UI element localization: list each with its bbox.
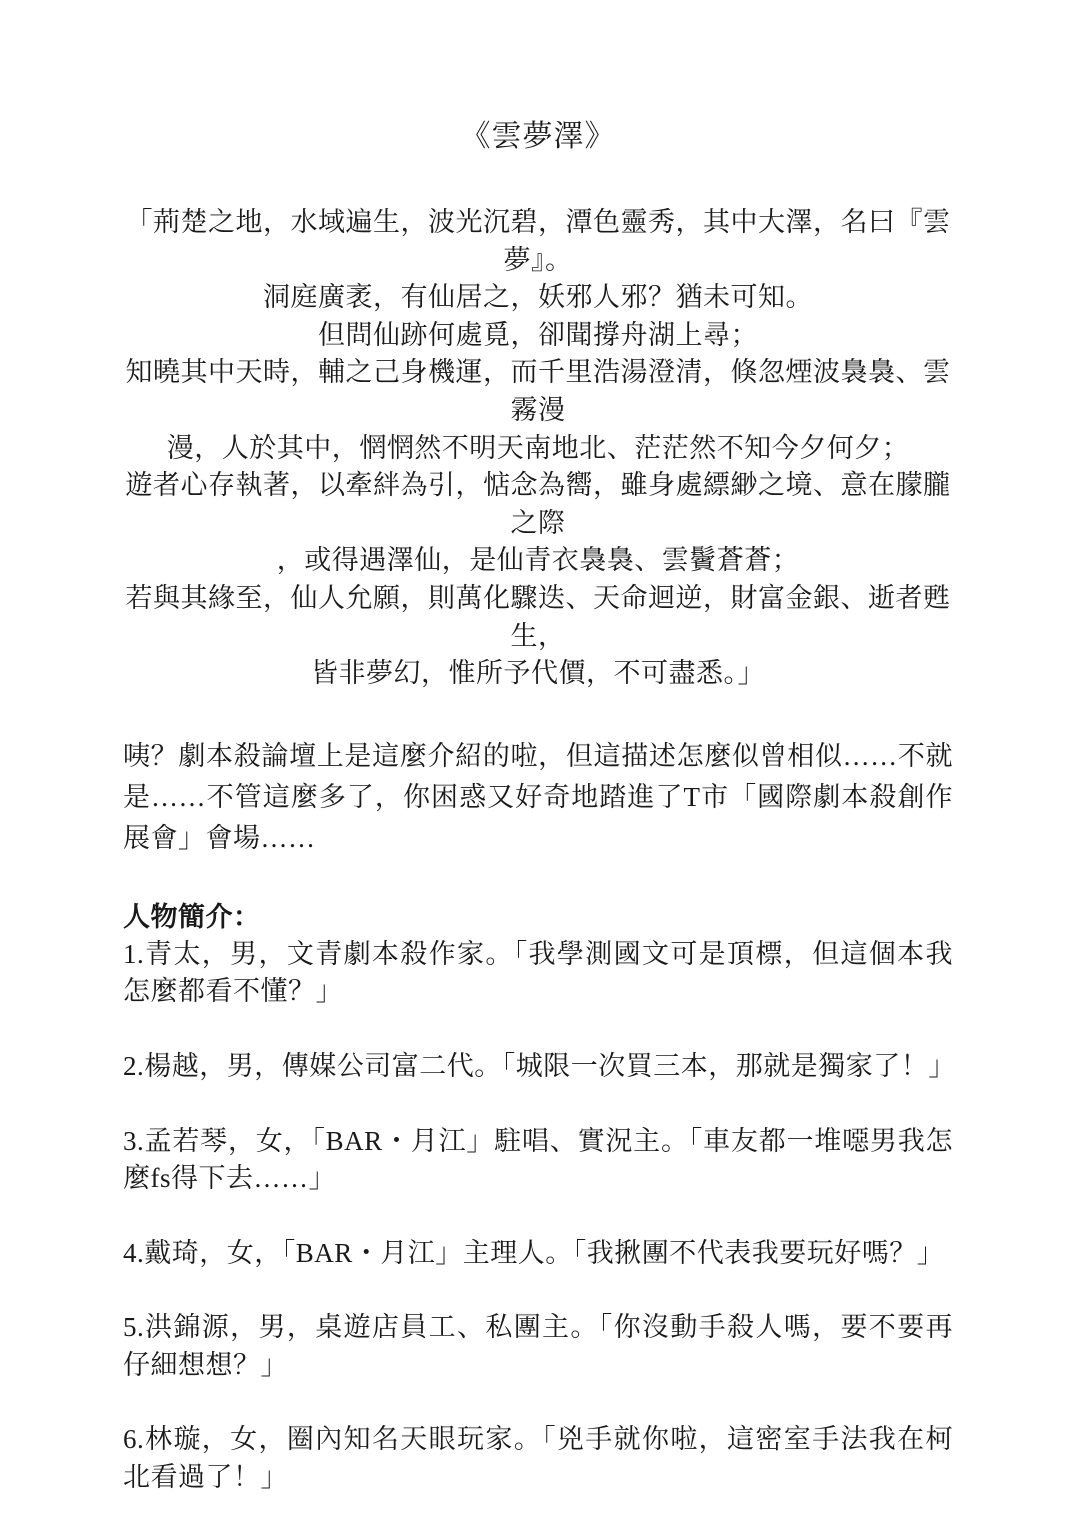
- character-item: 4.戴琦，女，「BAR・月江」主理人。「我揪團不代表我要玩好嗎？」: [123, 1235, 953, 1273]
- poem-line: 「荊楚之地，水域遍生，波光沉碧，潭色靈秀，其中大澤，名曰『雲: [123, 204, 953, 242]
- document-page: 《雲夢澤》 「荊楚之地，水域遍生，波光沉碧，潭色靈秀，其中大澤，名曰『雲 夢』。…: [0, 0, 1075, 1522]
- character-item: 1.青太，男，文青劇本殺作家。「我學測國文可是頂標，但這個本我怎麼都看不懂？」: [123, 936, 953, 1011]
- poem-line: 洞庭廣袤，有仙居之，妖邪人邪？猶未可知。: [123, 279, 953, 317]
- character-item: 6.林璇，女，圈內知名天眼玩家。「兇手就你啦，這密室手法我在柯北看過了！」: [123, 1421, 953, 1496]
- poem-line: 皆非夢幻，惟所予代價，不可盡悉。」: [123, 655, 953, 693]
- poem-line: 知曉其中天時，輔之己身機運，而千里浩湯澄清，倏忽煙波裊裊、雲霧漫: [123, 354, 953, 429]
- poem-line: 漫，人於其中，惘惘然不明天南地北、茫茫然不知今夕何夕；: [123, 430, 953, 468]
- character-list: 1.青太，男，文青劇本殺作家。「我學測國文可是頂標，但這個本我怎麼都看不懂？」 …: [123, 936, 953, 1497]
- poem-line: 夢』。: [123, 242, 953, 280]
- poem-line: 若與其緣至，仙人允願，則萬化驟迭、天命迴逆，財富金銀、逝者甦生，: [123, 580, 953, 655]
- character-item: 5.洪錦源，男，桌遊店員工、私團主。「你沒動手殺人嗎，要不要再仔細想想？」: [123, 1309, 953, 1384]
- poem-line: 但問仙跡何處覓，卻聞撐舟湖上尋；: [123, 317, 953, 355]
- poem-line: 遊者心存執著，以牽絆為引，惦念為嚮，雖身處縹緲之境、意在朦朧之際: [123, 467, 953, 542]
- intro-poem: 「荊楚之地，水域遍生，波光沉碧，潭色靈秀，其中大澤，名曰『雲 夢』。 洞庭廣袤，…: [123, 204, 953, 693]
- character-item: 2.楊越，男，傳媒公司富二代。「城限一次買三本，那就是獨家了！」: [123, 1048, 953, 1086]
- character-item: 3.孟若琴，女，「BAR・月江」駐唱、實況主。「車友都一堆噁男我怎麼fs得下去……: [123, 1123, 953, 1198]
- document-title: 《雲夢澤》: [123, 116, 953, 158]
- characters-heading: 人物簡介：: [123, 898, 953, 936]
- narrative-paragraph: 咦？劇本殺論壇上是這麼介紹的啦，但這描述怎麼似曾相似……不就是……不管這麼多了，…: [123, 736, 953, 859]
- poem-line: ，或得遇澤仙，是仙青衣裊裊、雲鬢蒼蒼；: [123, 542, 953, 580]
